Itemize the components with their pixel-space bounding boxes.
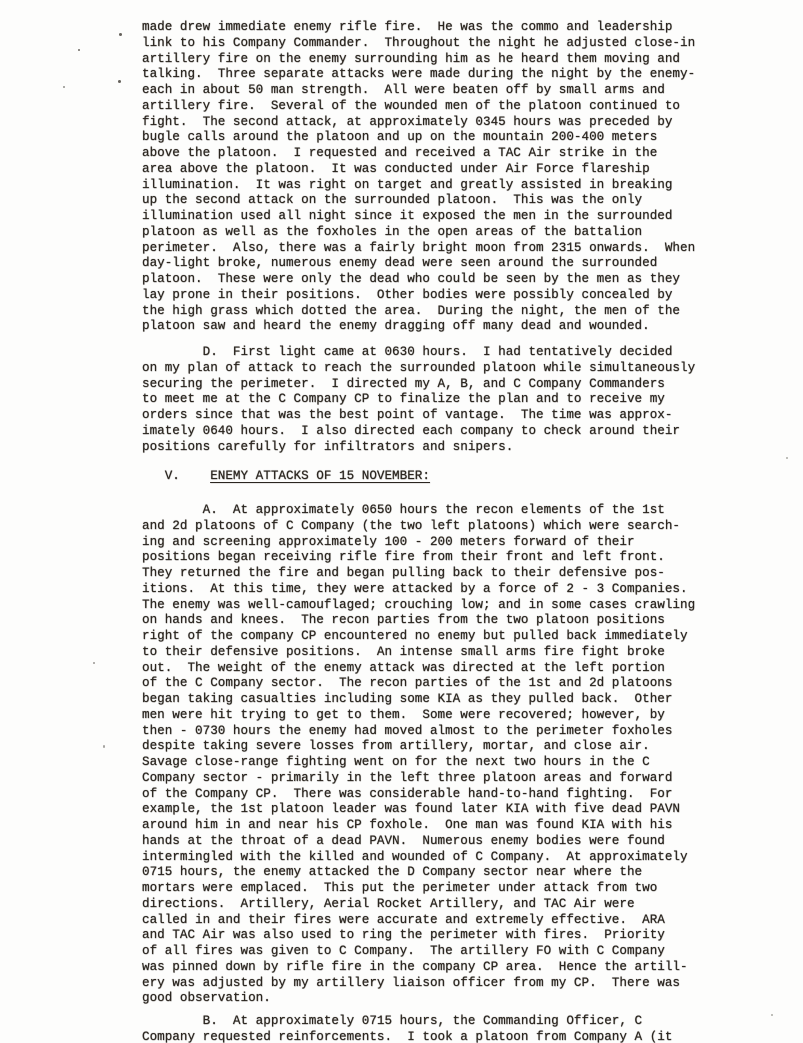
text-line: of all fires was given to C Company. The… <box>142 944 762 960</box>
text-line: the high grass which dotted the area. Du… <box>142 304 762 320</box>
section-title: ENEMY ATTACKS OF 15 NOVEMBER: <box>210 469 430 483</box>
text-line: day-light broke, numerous enemy dead wer… <box>142 256 762 272</box>
text-line: positions carefully for infiltrators and… <box>142 440 762 456</box>
text-line: and 2d platoons of C Company (the two le… <box>142 519 762 535</box>
document-content: made drew immediate enemy rifle fire. He… <box>142 20 762 1043</box>
text-line: directions. Artillery, Aerial Rocket Art… <box>142 897 762 913</box>
text-line: intermingled with the killed and wounded… <box>142 850 762 866</box>
text-line: platoon as well as the foxholes in the o… <box>142 225 762 241</box>
text-line: illumination used all night since it exp… <box>142 209 762 225</box>
text-line: The enemy was well-camouflaged; crouchin… <box>142 598 762 614</box>
text-line: made drew immediate enemy rifle fire. He… <box>142 20 762 36</box>
text-line: to meet me at the C Company CP to finali… <box>142 392 762 408</box>
text-line: artillery fire. Several of the wounded m… <box>142 99 762 115</box>
text-line: D. First light came at 0630 hours. I had… <box>142 345 762 361</box>
text-line: Savage close-range fighting went on for … <box>142 755 762 771</box>
text-line: 0715 hours, the enemy attacked the D Com… <box>142 865 762 881</box>
scan-speck <box>118 80 121 83</box>
text-line: orders since that was the best point of … <box>142 408 762 424</box>
text-line: B. At approximately 0715 hours, the Comm… <box>142 1014 762 1030</box>
text-line: mortars were emplaced. This put the peri… <box>142 881 762 897</box>
text-line: called in and their fires were accurate … <box>142 913 762 929</box>
text-line: ing and screening approximately 100 - 20… <box>142 535 762 551</box>
text-line: men were hit trying to get to them. Some… <box>142 708 762 724</box>
text-line: was pinned down by rifle fire in the com… <box>142 960 762 976</box>
text-line: of the Company CP. There was considerabl… <box>142 787 762 803</box>
text-line: right of the company CP encountered no e… <box>142 629 762 645</box>
scan-speck <box>119 33 122 36</box>
text-line: hands at the throat of a dead PAVN. Nume… <box>142 834 762 850</box>
text-line: then - 0730 hours the enemy had moved al… <box>142 724 762 740</box>
text-line: each in about 50 man strength. All were … <box>142 83 762 99</box>
scan-speck <box>103 745 105 748</box>
text-line: Company sector - primarily in the left t… <box>142 771 762 787</box>
text-line: began taking casualties including some K… <box>142 692 762 708</box>
text-line: itions. At this time, they were attacked… <box>142 582 762 598</box>
text-line: platoon. These were only the dead who co… <box>142 272 762 288</box>
text-line: out. The weight of the enemy attack was … <box>142 661 762 677</box>
text-line: despite taking severe losses from artill… <box>142 739 762 755</box>
text-line: on my plan of attack to reach the surrou… <box>142 361 762 377</box>
text-line: artillery fire on the enemy surrounding … <box>142 52 762 68</box>
text-line: link to his Company Commander. Throughou… <box>142 36 762 52</box>
text-line: lay prone in their positions. Other bodi… <box>142 288 762 304</box>
text-line: Company requested reinforcements. I took… <box>142 1030 762 1043</box>
text-line: ery was adjusted by my artillery liaison… <box>142 976 762 992</box>
text-line: positions began receiving rifle fire fro… <box>142 550 762 566</box>
text-line: illumination. It was right on target and… <box>142 178 762 194</box>
scan-speck <box>93 662 95 664</box>
text-line: up the second attack on the surrounded p… <box>142 193 762 209</box>
paragraph-b: B. At approximately 0715 hours, the Comm… <box>142 1014 762 1043</box>
paragraph-continuation: made drew immediate enemy rifle fire. He… <box>142 20 762 335</box>
text-line: to their defensive positions. An intense… <box>142 645 762 661</box>
text-line: example, the 1st platoon leader was foun… <box>142 802 762 818</box>
paragraph-d: D. First light came at 0630 hours. I had… <box>142 345 762 455</box>
text-line: platoon saw and heard the enemy dragging… <box>142 319 762 335</box>
scan-speck <box>771 1014 773 1016</box>
paragraph-a: A. At approximately 0650 hours the recon… <box>142 503 762 1007</box>
section-heading-v: V. ENEMY ATTACKS OF 15 NOVEMBER: <box>142 469 762 485</box>
scan-speck <box>63 86 65 88</box>
text-line: of the C Company sector. The recon parti… <box>142 676 762 692</box>
text-line: area above the platoon. It was conducted… <box>142 162 762 178</box>
section-number: V. <box>142 469 210 483</box>
text-line: talking. Three separate attacks were mad… <box>142 67 762 83</box>
text-line: fight. The second attack, at approximate… <box>142 115 762 131</box>
text-line: A. At approximately 0650 hours the recon… <box>142 503 762 519</box>
text-line: good observation. <box>142 991 762 1007</box>
text-line: securing the perimeter. I directed my A,… <box>142 377 762 393</box>
text-line: imately 0640 hours. I also directed each… <box>142 424 762 440</box>
text-line: and TAC Air was also used to ring the pe… <box>142 928 762 944</box>
text-line: perimeter. Also, there was a fairly brig… <box>142 241 762 257</box>
text-line: on hands and knees. The recon parties fr… <box>142 613 762 629</box>
text-line: They returned the fire and began pulling… <box>142 566 762 582</box>
document-page: made drew immediate enemy rifle fire. He… <box>0 0 803 1043</box>
scan-speck <box>786 457 788 459</box>
section-heading-line: V. ENEMY ATTACKS OF 15 NOVEMBER: <box>142 469 762 485</box>
scan-speck <box>78 49 80 51</box>
text-line: bugle calls around the platoon and up on… <box>142 130 762 146</box>
text-line: above the platoon. I requested and recei… <box>142 146 762 162</box>
text-line: around him in and near his CP foxhole. O… <box>142 818 762 834</box>
